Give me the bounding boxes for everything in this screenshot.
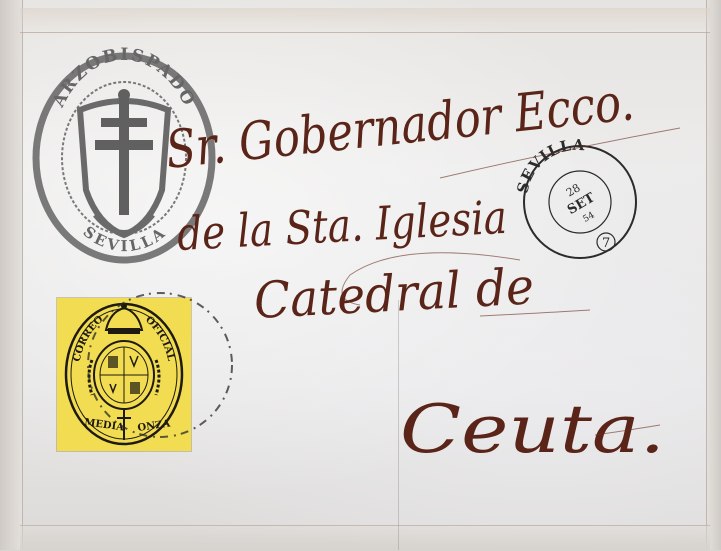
address-line-1: Sr. Gobernador Ecco. [163,72,637,181]
address-line-2: de la Sta. Iglesia [176,190,508,261]
address-line-4: Ceuta. [400,391,665,468]
address-line-3: Catedral de [253,257,536,330]
envelope-cover: ARZOBISPADO SEVILLA CORREO OFICIAL [0,0,721,550]
handwritten-address: Sr. Gobernador Ecco. de la Sta. Iglesia … [0,0,721,550]
